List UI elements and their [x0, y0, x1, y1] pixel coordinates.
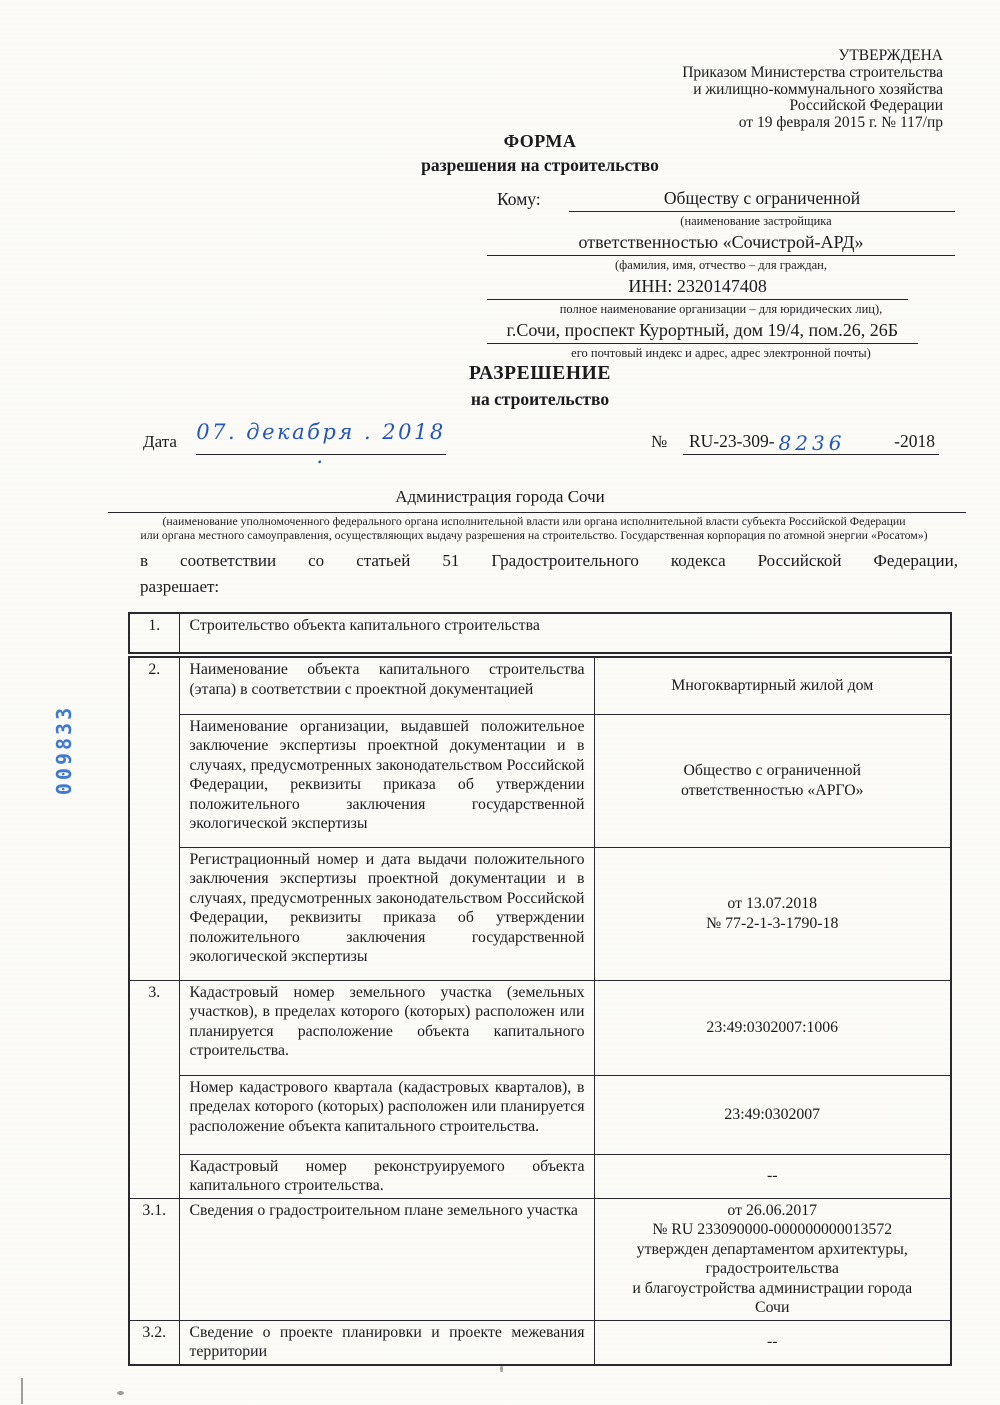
row-value-cell: от 26.06.2017 № RU 233090000-00000000001…	[594, 1198, 951, 1320]
intro-line2: разрешает:	[140, 574, 958, 600]
row-description-cell: Сведения о градостроительном плане земел…	[179, 1198, 594, 1320]
addressee-value-line1: Обществу с ограниченной	[569, 188, 955, 212]
row-description-cell: Регистрационный номер и дата выдачи поло…	[179, 847, 594, 980]
row-number-cell: 3.	[129, 980, 179, 1198]
permit-number-suffix: -2018	[894, 431, 935, 454]
form-subtitle: разрешения на строительство	[80, 155, 1000, 176]
date-handwritten-value: 07. декабря . 2018 .	[196, 420, 446, 468]
table-row: 3. Кадастровый номер земельного участка …	[129, 980, 951, 1075]
approval-block: УТВЕРЖДЕНА Приказом Министерства строите…	[682, 48, 943, 132]
scanned-construction-permit-page: УТВЕРЖДЕНА Приказом Министерства строите…	[0, 0, 1000, 1405]
approval-line: Российской Федерации	[682, 98, 943, 115]
intro-line1: в соответствии со статьей 51 Градостроит…	[140, 548, 958, 574]
document-subtitle: на строительство	[80, 389, 1000, 410]
row-description-cell: Кадастровый номер реконструируемого объе…	[179, 1154, 594, 1198]
approval-line: и жилищно-коммунального хозяйства	[682, 82, 943, 99]
table-row: Номер кадастрового квартала (кадастровых…	[129, 1075, 951, 1154]
row-value-cell: 23:49:0302007:1006	[594, 980, 951, 1075]
document-title: РАЗРЕШЕНИЕ	[80, 363, 1000, 385]
row-number-cell: 3.1.	[129, 1198, 179, 1320]
permit-number-field: RU-23-309- 8236 -2018	[683, 420, 939, 455]
row-value-cell: Многоквартирный жилой дом	[594, 657, 951, 714]
addressee-inn: ИНН: 2320147408	[487, 276, 908, 300]
row-description-cell: Кадастровый номер земельного участка (зе…	[179, 980, 594, 1075]
addressee-value-line2: ответственностью «Сочистрой-АРД»	[487, 232, 955, 256]
approval-line: Приказом Министерства строительства	[682, 65, 943, 82]
row-description-cell: Сведение о проекте планировки и проекте …	[179, 1320, 594, 1365]
approval-line: УТВЕРЖДЕНА	[682, 48, 943, 65]
addressee-caption2: (фамилия, имя, отчество – для граждан,	[487, 258, 955, 272]
authority-underline	[108, 512, 966, 513]
addressee-caption1: (наименование застройщика	[487, 214, 955, 228]
addressee-caption3: полное наименование организации – для юр…	[487, 302, 955, 316]
permit-table-section1: 1. Строительство объекта капитального ст…	[128, 612, 952, 654]
table-row: Наименование организации, выдавшей полож…	[129, 714, 951, 847]
row-value-cell: Общество с ограниченной ответственностью…	[594, 714, 951, 847]
approval-line: от 19 февраля 2015 г. № 117/пр	[682, 115, 943, 132]
permit-number-prefix: RU-23-309-	[689, 431, 775, 454]
scan-artifact	[500, 1366, 503, 1372]
intro-paragraph: в соответствии со статьей 51 Градостроит…	[140, 548, 958, 600]
row-description-cell: Номер кадастрового квартала (кадастровых…	[179, 1075, 594, 1154]
table-row: 3.2. Сведение о проекте планировки и про…	[129, 1320, 951, 1365]
date-field: 07. декабря . 2018 .	[196, 420, 446, 455]
permit-number-handwritten: 8236	[779, 431, 846, 455]
form-title: ФОРМА	[80, 131, 1000, 152]
row-number-cell: 3.2.	[129, 1320, 179, 1365]
form-heading: ФОРМА разрешения на строительство	[80, 131, 1000, 176]
table-row: 2. Наименование объекта капитального стр…	[129, 657, 951, 714]
authority-caption-line2: или органа местного самоуправления, осущ…	[93, 529, 975, 543]
table-row: Кадастровый номер реконструируемого объе…	[129, 1154, 951, 1198]
addressee-row: Кому: Обществу с ограниченной	[487, 188, 955, 212]
row-value-cell: 23:49:0302007	[594, 1075, 951, 1154]
row-number-cell: 2.	[129, 657, 179, 980]
addressee-address: г.Сочи, проспект Курортный, дом 19/4, по…	[487, 320, 918, 344]
authority-name: Администрация города Сочи	[80, 487, 920, 507]
document-heading: РАЗРЕШЕНИЕ на строительство	[80, 363, 1000, 410]
authority-caption: (наименование уполномоченного федерально…	[93, 515, 975, 543]
row-value-cell: --	[594, 1154, 951, 1198]
addressee-block: Кому: Обществу с ограниченной (наименова…	[487, 188, 955, 360]
permit-number-label: №	[651, 432, 667, 452]
table-row: Регистрационный номер и дата выдачи поло…	[129, 847, 951, 980]
date-label: Дата	[143, 432, 177, 452]
table-row: 3.1. Сведения о градостроительном плане …	[129, 1198, 951, 1320]
serial-number-stamp: 009833	[52, 694, 76, 806]
authority-caption-line1: (наименование уполномоченного федерально…	[93, 515, 975, 529]
permit-table-section2: 2. Наименование объекта капитального стр…	[128, 656, 952, 1366]
row-description-cell: Наименование организации, выдавшей полож…	[179, 714, 594, 847]
row-number-cell: 1.	[129, 613, 179, 653]
scan-artifact	[117, 1391, 124, 1395]
row-description-cell: Наименование объекта капитального строит…	[179, 657, 594, 714]
table-row: 1. Строительство объекта капитального ст…	[129, 613, 951, 653]
row-value-cell: --	[594, 1320, 951, 1365]
row-value-cell: от 13.07.2018 № 77-2-1-3-1790-18	[594, 847, 951, 980]
scan-artifact	[21, 1378, 23, 1404]
addressee-caption4: его почтовый индекс и адрес, адрес элект…	[487, 346, 955, 360]
addressee-label: Кому:	[487, 189, 569, 212]
row-description-cell: Строительство объекта капитального строи…	[179, 613, 951, 653]
